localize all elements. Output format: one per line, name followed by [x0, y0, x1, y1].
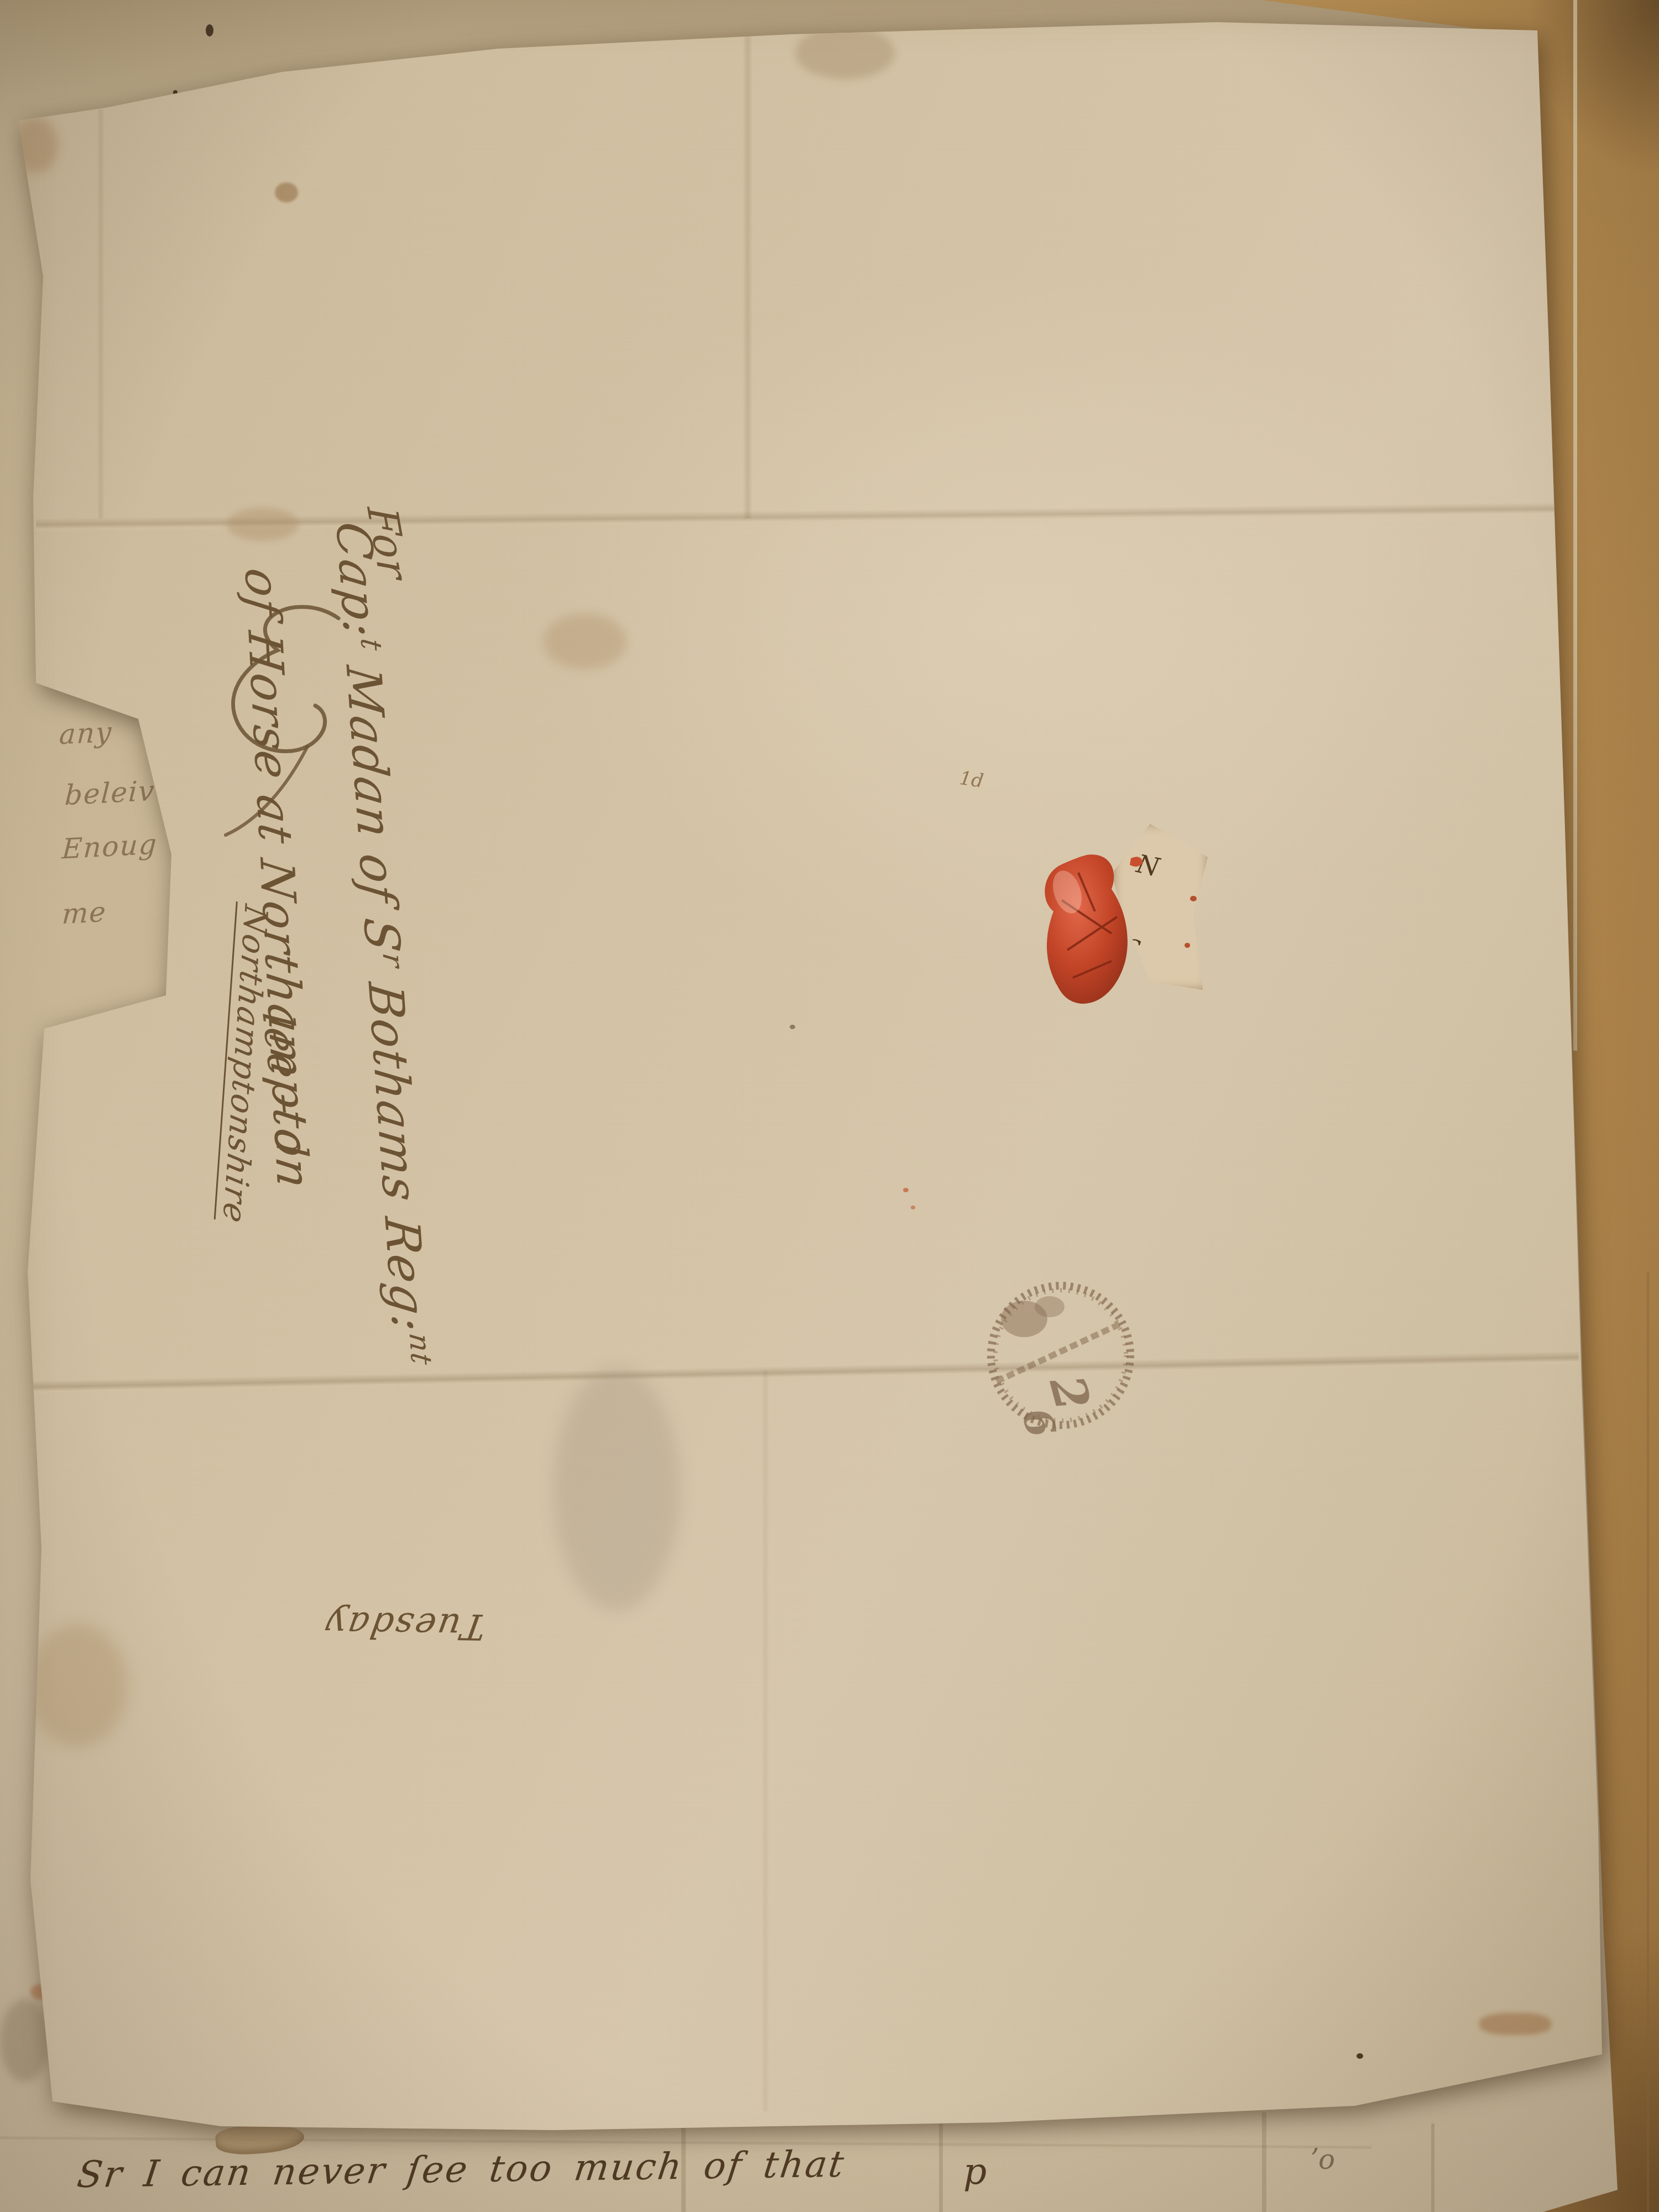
- inverted-docket-word: Tuesday: [321, 1603, 489, 1647]
- wax-crumb: [1190, 896, 1197, 901]
- stain: [553, 1368, 680, 1611]
- stain: [275, 182, 298, 202]
- wax-seal: [1029, 851, 1150, 1016]
- ink-speck: [790, 1025, 795, 1029]
- stain: [28, 1625, 127, 1746]
- wax-fleck: [903, 1188, 909, 1192]
- address-text: Bothams Reg:: [356, 964, 437, 1335]
- letter-sheet: For Cap:t Madan of Sr Bothams Reg:nt of …: [14, 10, 1631, 2175]
- postmark-stamp: 2 6: [984, 1268, 1139, 1445]
- vertical-fold-crease: [743, 27, 753, 519]
- letter-sheet-wrap: For Cap:t Madan of Sr Bothams Reg:nt of …: [14, 10, 1631, 2175]
- stain: [544, 614, 627, 669]
- postmark-character: 6: [1013, 1403, 1066, 1442]
- wax-crumb: [1185, 943, 1190, 948]
- ink-speck: [1357, 2053, 1363, 2059]
- page-edge-line: [1647, 1272, 1649, 2212]
- vertical-fold-crease: [761, 1370, 769, 2111]
- rate-mark: 1d: [958, 767, 985, 792]
- wax-crumb: [1197, 921, 1202, 925]
- wax-fleck: [911, 1206, 915, 1209]
- stain: [14, 118, 58, 173]
- horizontal-fold-crease: [30, 1351, 1579, 1395]
- stain: [795, 27, 895, 79]
- stain: [1479, 2013, 1551, 2035]
- stain: [227, 508, 299, 541]
- superscript: nt: [402, 1332, 438, 1367]
- pen-flourish: [199, 603, 365, 841]
- vertical-fold-crease: [97, 109, 105, 519]
- photo-canvas: any beleiv Enoug me Sr I can never ſee t…: [0, 0, 1659, 2212]
